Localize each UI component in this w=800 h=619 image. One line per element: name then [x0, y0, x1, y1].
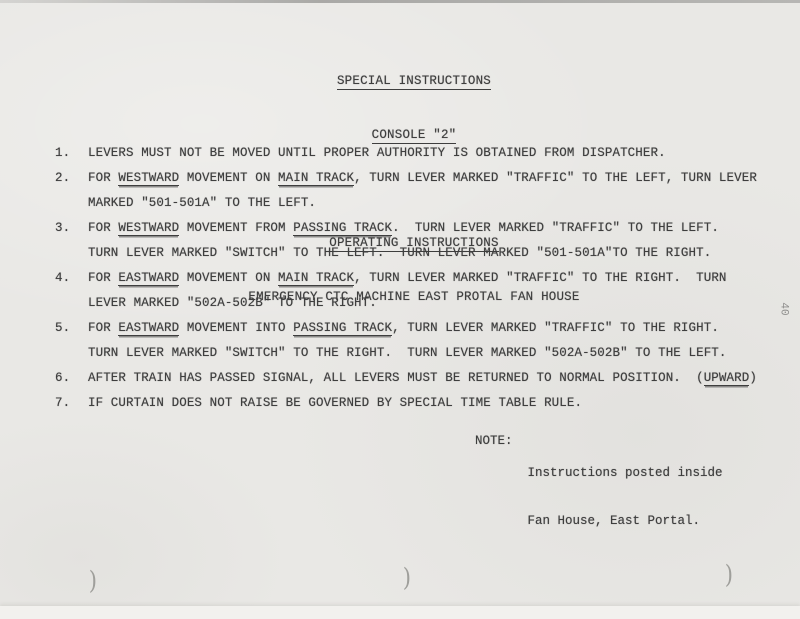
instruction-list: 1.LEVERS MUST NOT BE MOVED UNTIL PROPER … — [55, 141, 765, 416]
binder-hole-mark: ) — [89, 566, 97, 595]
underlined-term: WESTWARD — [118, 221, 179, 236]
side-page-number: 40 — [778, 302, 790, 315]
item-text: IF CURTAIN DOES NOT RAISE BE GOVERNED BY… — [88, 391, 765, 416]
instruction-item: 6.AFTER TRAIN HAS PASSED SIGNAL, ALL LEV… — [55, 366, 765, 391]
item-text-line: MARKED "501-501A" TO THE LEFT. — [88, 191, 765, 216]
instruction-item: 1.LEVERS MUST NOT BE MOVED UNTIL PROPER … — [55, 141, 765, 166]
text-segment: , TURN LEVER MARKED "TRAFFIC" TO THE RIG… — [392, 321, 719, 335]
item-text-line: IF CURTAIN DOES NOT RAISE BE GOVERNED BY… — [88, 391, 765, 416]
note-label: NOTE: — [475, 433, 513, 561]
text-segment: FOR — [88, 321, 118, 335]
text-segment: MOVEMENT INTO — [179, 321, 293, 335]
text-segment: FOR — [88, 171, 118, 185]
item-number: 5. — [55, 316, 88, 366]
text-segment: LEVER MARKED "502A-502B" TO THE RIGHT. — [88, 296, 377, 310]
text-segment: FOR — [88, 271, 118, 285]
item-text-line: FOR EASTWARD MOVEMENT ON MAIN TRACK, TUR… — [88, 266, 765, 291]
instruction-item: 7.IF CURTAIN DOES NOT RAISE BE GOVERNED … — [55, 391, 765, 416]
item-text: AFTER TRAIN HAS PASSED SIGNAL, ALL LEVER… — [88, 366, 765, 391]
underlined-term: PASSING TRACK — [293, 321, 392, 336]
text-segment: MOVEMENT ON — [179, 271, 278, 285]
item-text-line: AFTER TRAIN HAS PASSED SIGNAL, ALL LEVER… — [88, 366, 765, 391]
text-segment: LEVERS MUST NOT BE MOVED UNTIL PROPER AU… — [88, 146, 666, 160]
text-segment: FOR — [88, 221, 118, 235]
note-line: Instructions posted inside — [528, 465, 723, 481]
item-number: 7. — [55, 391, 88, 416]
text-segment: IF CURTAIN DOES NOT RAISE BE GOVERNED BY… — [88, 396, 582, 410]
text-segment: , TURN LEVER MARKED "TRAFFIC" TO THE RIG… — [354, 271, 726, 285]
item-text: FOR EASTWARD MOVEMENT ON MAIN TRACK, TUR… — [88, 266, 765, 316]
binder-hole-mark: ) — [403, 563, 411, 592]
text-segment: TURN LEVER MARKED "SWITCH" TO THE LEFT. … — [88, 246, 711, 260]
item-text-line: FOR EASTWARD MOVEMENT INTO PASSING TRACK… — [88, 316, 765, 341]
document-title: SPECIAL INSTRUCTIONS — [337, 74, 491, 90]
underlined-term: UPWARD — [704, 371, 750, 386]
underlined-term: EASTWARD — [118, 321, 179, 336]
item-number: 3. — [55, 216, 88, 266]
scanned-document-page: SPECIAL INSTRUCTIONS CONSOLE "2" OPERATI… — [0, 0, 800, 619]
item-text-line: TURN LEVER MARKED "SWITCH" TO THE RIGHT.… — [88, 341, 765, 366]
item-text-line: LEVERS MUST NOT BE MOVED UNTIL PROPER AU… — [88, 141, 765, 166]
paper-bottom-edge — [0, 606, 800, 619]
item-text: FOR EASTWARD MOVEMENT INTO PASSING TRACK… — [88, 316, 765, 366]
item-number: 6. — [55, 366, 88, 391]
item-text-line: FOR WESTWARD MOVEMENT FROM PASSING TRACK… — [88, 216, 765, 241]
item-number: 2. — [55, 166, 88, 216]
item-text-line: FOR WESTWARD MOVEMENT ON MAIN TRACK, TUR… — [88, 166, 765, 191]
item-text: LEVERS MUST NOT BE MOVED UNTIL PROPER AU… — [88, 141, 765, 166]
item-number: 4. — [55, 266, 88, 316]
underlined-term: MAIN TRACK — [278, 271, 354, 286]
instruction-item: 3.FOR WESTWARD MOVEMENT FROM PASSING TRA… — [55, 216, 765, 266]
item-text-line: TURN LEVER MARKED "SWITCH" TO THE LEFT. … — [88, 241, 765, 266]
text-segment: . TURN LEVER MARKED "TRAFFIC" TO THE LEF… — [392, 221, 719, 235]
item-text-line: LEVER MARKED "502A-502B" TO THE RIGHT. — [88, 291, 765, 316]
item-text: FOR WESTWARD MOVEMENT ON MAIN TRACK, TUR… — [88, 166, 765, 216]
note-block: NOTE: Instructions posted inside Fan Hou… — [475, 433, 723, 561]
title-line: SPECIAL INSTRUCTIONS — [28, 72, 800, 90]
text-segment: ) — [749, 371, 757, 385]
note-line: Fan House, East Portal. — [528, 513, 723, 529]
text-segment: MOVEMENT FROM — [179, 221, 293, 235]
text-segment: MARKED "501-501A" TO THE LEFT. — [88, 196, 316, 210]
instruction-item: 4.FOR EASTWARD MOVEMENT ON MAIN TRACK, T… — [55, 266, 765, 316]
text-segment: , TURN LEVER MARKED "TRAFFIC" TO THE LEF… — [354, 171, 757, 185]
underlined-term: WESTWARD — [118, 171, 179, 186]
scan-edge-top — [0, 0, 800, 3]
instruction-item: 2.FOR WESTWARD MOVEMENT ON MAIN TRACK, T… — [55, 166, 765, 216]
item-text: FOR WESTWARD MOVEMENT FROM PASSING TRACK… — [88, 216, 765, 266]
note-text: Instructions posted inside Fan House, Ea… — [528, 433, 723, 561]
binder-hole-mark: ) — [725, 560, 733, 589]
text-segment: AFTER TRAIN HAS PASSED SIGNAL, ALL LEVER… — [88, 371, 704, 385]
text-segment: MOVEMENT ON — [179, 171, 278, 185]
instruction-item: 5.FOR EASTWARD MOVEMENT INTO PASSING TRA… — [55, 316, 765, 366]
item-number: 1. — [55, 141, 88, 166]
underlined-term: MAIN TRACK — [278, 171, 354, 186]
text-segment: TURN LEVER MARKED "SWITCH" TO THE RIGHT.… — [88, 346, 727, 360]
underlined-term: EASTWARD — [118, 271, 179, 286]
underlined-term: PASSING TRACK — [293, 221, 392, 236]
